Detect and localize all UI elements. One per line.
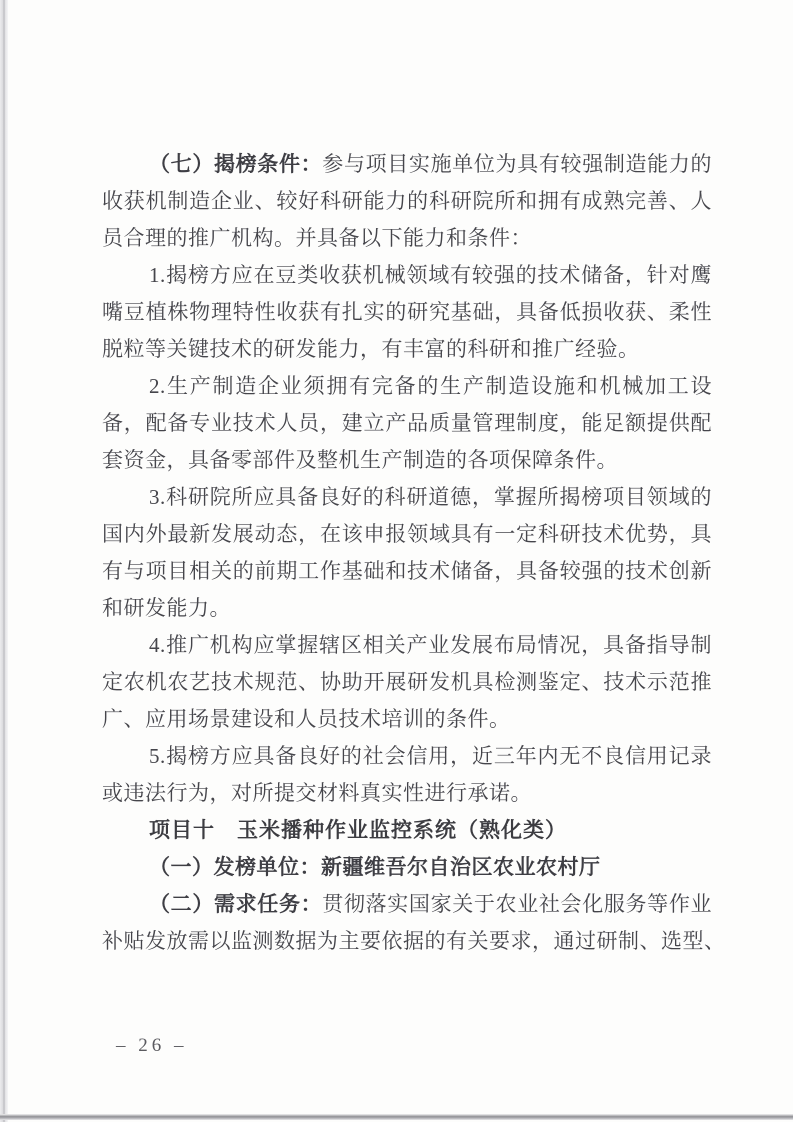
clause-text: 贯彻落实国家关于农业社会化服务等作业: [322, 892, 712, 916]
text-line: 套资金，具备零部件及整机生产制造的各项保障条件。: [102, 442, 712, 479]
paragraph-condition-1: 1.揭榜方应在豆类收获机械领域有较强的技术储备，针对鹰 嘴豆植株物理特性收获有扎…: [102, 257, 712, 368]
text-line: 员合理的推广机构。并具备以下能力和条件：: [102, 220, 712, 257]
text-line: 脱粒等关键技术的研发能力，有丰富的科研和推广经验。: [102, 331, 712, 368]
scan-edge-left: [0, 0, 8, 1122]
text-line: 4.推广机构应掌握辖区相关产业发展布局情况，具备指导制: [102, 627, 712, 664]
section-heading-project-10: 项目十 玉米播种作业监控系统（熟化类）: [102, 812, 712, 849]
text-line: 嘴豆植株物理特性收获有扎实的研究基础，具备低损收获、柔性: [102, 294, 712, 331]
paragraph-demand-task: （二）需求任务：贯彻落实国家关于农业社会化服务等作业 补贴发放需以监测数据为主要…: [102, 886, 712, 960]
document-content: （七）揭榜条件：参与项目实施单位为具有较强制造能力的 收获机制造企业、较好科研能…: [102, 146, 712, 960]
text-line: 1.揭榜方应在豆类收获机械领域有较强的技术储备，针对鹰: [102, 257, 712, 294]
paragraph-condition-2: 2.生产制造企业须拥有完备的生产制造设施和机械加工设 备，配备专业技术人员，建立…: [102, 368, 712, 479]
text-line: 国内外最新发展动态，在该申报领域具有一定科研技术优势，具: [102, 516, 712, 553]
clause-label: （七）揭榜条件：: [149, 152, 322, 176]
text-line: 补贴发放需以监测数据为主要依据的有关要求，通过研制、选型、: [102, 923, 712, 960]
paragraph-condition-3: 3.科研院所应具备良好的科研道德，掌握所揭榜项目领域的 国内外最新发展动态，在该…: [102, 479, 712, 627]
paragraph-condition-4: 4.推广机构应掌握辖区相关产业发展布局情况，具备指导制 定农机农艺技术规范、协助…: [102, 627, 712, 738]
clause-label: （一）发榜单位：: [149, 855, 321, 879]
clause-text: 参与项目实施单位为具有较强制造能力的: [322, 152, 712, 176]
paragraph-condition-5: 5.揭榜方应具备良好的社会信用，近三年内无不良信用记录 或违法行为，对所提交材料…: [102, 738, 712, 812]
page-number: – 26 –: [116, 1035, 188, 1057]
text-line: （七）揭榜条件：参与项目实施单位为具有较强制造能力的: [102, 146, 712, 183]
clause-label: （二）需求任务：: [149, 892, 322, 916]
text-line: 广、应用场景建设和人员技术培训的条件。: [102, 701, 712, 738]
text-line: 有与项目相关的前期工作基础和技术储备，具备较强的技术创新: [102, 553, 712, 590]
paragraph-unveiling-conditions: （七）揭榜条件：参与项目实施单位为具有较强制造能力的 收获机制造企业、较好科研能…: [102, 146, 712, 257]
text-line: 备，配备专业技术人员，建立产品质量管理制度，能足额提供配: [102, 405, 712, 442]
scan-edge-bottom: [0, 1114, 793, 1120]
clause-value: 新疆维吾尔自治区农业农村厅: [321, 855, 601, 879]
text-line: 5.揭榜方应具备良好的社会信用，近三年内无不良信用记录: [102, 738, 712, 775]
text-line: （二）需求任务：贯彻落实国家关于农业社会化服务等作业: [102, 886, 712, 923]
text-line: 或违法行为，对所提交材料真实性进行承诺。: [102, 775, 712, 812]
text-line: 2.生产制造企业须拥有完备的生产制造设施和机械加工设: [102, 368, 712, 405]
paragraph-issuing-unit: （一）发榜单位：新疆维吾尔自治区农业农村厅: [102, 849, 712, 886]
text-line: （一）发榜单位：新疆维吾尔自治区农业农村厅: [102, 849, 712, 886]
text-line: 和研发能力。: [102, 590, 712, 627]
heading-text: 项目十 玉米播种作业监控系统（熟化类）: [102, 812, 712, 849]
text-line: 收获机制造企业、较好科研能力的科研院所和拥有成熟完善、人: [102, 183, 712, 220]
text-line: 3.科研院所应具备良好的科研道德，掌握所揭榜项目领域的: [102, 479, 712, 516]
text-line: 定农机农艺技术规范、协助开展研发机具检测鉴定、技术示范推: [102, 664, 712, 701]
